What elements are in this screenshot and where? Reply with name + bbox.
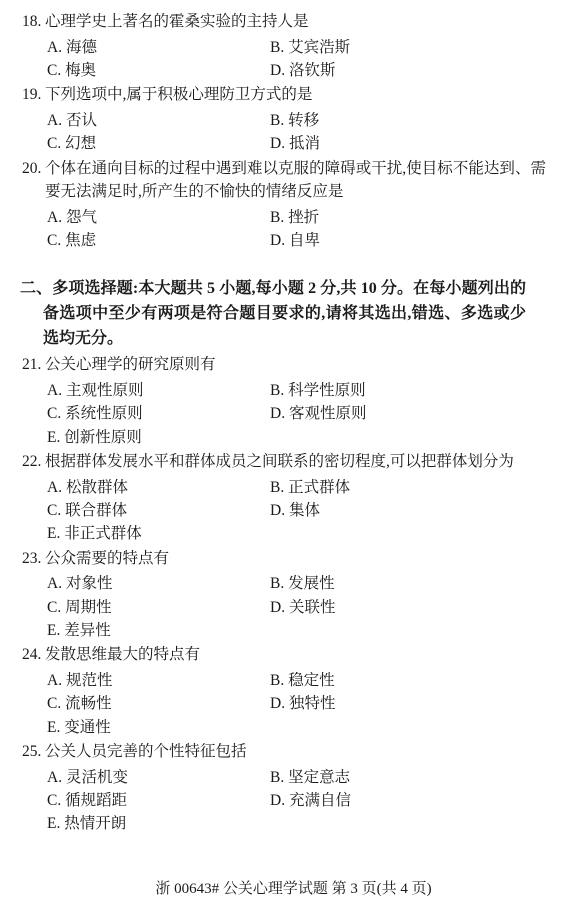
question-number: 18. bbox=[22, 10, 41, 34]
question-text: 公关心理学的研究原则有 bbox=[45, 356, 216, 373]
question-stem: 18. 心理学史上著名的霍桑实验的主持人是 bbox=[45, 10, 546, 34]
option-a: A. 规范性 bbox=[47, 669, 270, 692]
question-number: 22. bbox=[22, 450, 41, 474]
question-text: 公关人员完善的个性特征包括 bbox=[45, 743, 247, 760]
option-a: A. 主观性原则 bbox=[47, 379, 270, 402]
page-content: 18. 心理学史上著名的霍桑实验的主持人是 A. 海德 B. 艾宾浩斯 C. 梅… bbox=[0, 10, 546, 837]
question-number: 25. bbox=[22, 740, 41, 764]
option-b: B. 转移 bbox=[270, 109, 546, 132]
option-d: D. 独特性 bbox=[270, 692, 546, 715]
question-stem: 19. 下列选项中,属于积极心理防卫方式的是 bbox=[45, 83, 546, 107]
option-c: C. 系统性原则 bbox=[47, 402, 270, 425]
question-text: 发散思维最大的特点有 bbox=[45, 646, 200, 663]
option-row: C. 幻想 D. 抵消 bbox=[47, 132, 546, 155]
question-19: 19. 下列选项中,属于积极心理防卫方式的是 A. 否认 B. 转移 C. 幻想… bbox=[0, 83, 546, 155]
question-18: 18. 心理学史上著名的霍桑实验的主持人是 A. 海德 B. 艾宾浩斯 C. 梅… bbox=[0, 10, 546, 82]
option-row: C. 周期性 D. 关联性 bbox=[47, 596, 546, 619]
option-a: A. 海德 bbox=[47, 36, 270, 59]
option-c: C. 流畅性 bbox=[47, 692, 270, 715]
option-row: E. 差异性 bbox=[47, 619, 546, 642]
option-b: B. 稳定性 bbox=[270, 669, 546, 692]
option-c: C. 幻想 bbox=[47, 132, 270, 155]
question-number: 21. bbox=[22, 353, 41, 377]
option-row: C. 梅奥 D. 洛钦斯 bbox=[47, 59, 546, 82]
question-number: 24. bbox=[22, 643, 41, 667]
option-row: C. 流畅性 D. 独特性 bbox=[47, 692, 546, 715]
question-stem: 25. 公关人员完善的个性特征包括 bbox=[45, 740, 546, 764]
question-number: 20. bbox=[22, 157, 41, 181]
option-a: A. 否认 bbox=[47, 109, 270, 132]
option-d: D. 抵消 bbox=[270, 132, 546, 155]
exam-paper-page: 18. 心理学史上著名的霍桑实验的主持人是 A. 海德 B. 艾宾浩斯 C. 梅… bbox=[0, 0, 587, 907]
question-text: 个体在通向目标的过程中遇到难以克服的障碍或干扰,使目标不能达到、需要无法满足时,… bbox=[45, 160, 546, 201]
question-text: 下列选项中,属于积极心理防卫方式的是 bbox=[45, 86, 312, 103]
option-d: D. 充满自信 bbox=[270, 789, 546, 812]
question-number: 19. bbox=[22, 83, 41, 107]
option-b: B. 正式群体 bbox=[270, 476, 546, 499]
question-21: 21. 公关心理学的研究原则有 A. 主观性原则 B. 科学性原则 C. 系统性… bbox=[0, 353, 546, 449]
option-d: D. 自卑 bbox=[270, 229, 546, 252]
question-24: 24. 发散思维最大的特点有 A. 规范性 B. 稳定性 C. 流畅性 D. 独… bbox=[0, 643, 546, 739]
option-row: A. 松散群体 B. 正式群体 bbox=[47, 476, 546, 499]
options-list: A. 对象性 B. 发展性 C. 周期性 D. 关联性 E. 差异性 bbox=[47, 572, 546, 642]
options-list: A. 灵活机变 B. 坚定意志 C. 循规蹈距 D. 充满自信 E. 热情开朗 bbox=[47, 766, 546, 836]
option-row: E. 变通性 bbox=[47, 716, 546, 739]
question-stem: 21. 公关心理学的研究原则有 bbox=[45, 353, 546, 377]
options-list: A. 松散群体 B. 正式群体 C. 联合群体 D. 集体 E. 非正式群体 bbox=[47, 476, 546, 546]
option-a: A. 灵活机变 bbox=[47, 766, 270, 789]
option-d: D. 客观性原则 bbox=[270, 402, 546, 425]
question-text: 公众需要的特点有 bbox=[45, 550, 169, 567]
option-a: A. 怨气 bbox=[47, 206, 270, 229]
option-row: A. 规范性 B. 稳定性 bbox=[47, 669, 546, 692]
option-b: B. 坚定意志 bbox=[270, 766, 546, 789]
option-b: B. 挫折 bbox=[270, 206, 546, 229]
option-c: C. 周期性 bbox=[47, 596, 270, 619]
option-d: D. 关联性 bbox=[270, 596, 546, 619]
option-c: C. 焦虑 bbox=[47, 229, 270, 252]
option-row: E. 创新性原则 bbox=[47, 426, 546, 449]
option-row: A. 主观性原则 B. 科学性原则 bbox=[47, 379, 546, 402]
options-list: A. 怨气 B. 挫折 C. 焦虑 D. 自卑 bbox=[47, 206, 546, 253]
option-a: A. 对象性 bbox=[47, 572, 270, 595]
option-row: E. 热情开朗 bbox=[47, 812, 546, 835]
option-row: A. 对象性 B. 发展性 bbox=[47, 572, 546, 595]
option-c: C. 联合群体 bbox=[47, 499, 270, 522]
option-e: E. 差异性 bbox=[47, 619, 270, 642]
option-c: C. 循规蹈距 bbox=[47, 789, 270, 812]
option-b: B. 科学性原则 bbox=[270, 379, 546, 402]
options-list: A. 否认 B. 转移 C. 幻想 D. 抵消 bbox=[47, 109, 546, 156]
multiple-choice-section-heading: 二、多项选择题:本大题共 5 小题,每小题 2 分,共 10 分。在每小题列出的… bbox=[0, 276, 526, 351]
option-d: D. 集体 bbox=[270, 499, 546, 522]
question-stem: 22. 根据群体发展水平和群体成员之间联系的密切程度,可以把群体划分为 bbox=[45, 450, 546, 474]
question-stem: 23. 公众需要的特点有 bbox=[45, 547, 546, 571]
page-footer: 浙 00643# 公关心理学试题 第 3 页(共 4 页) bbox=[0, 877, 587, 898]
question-stem: 24. 发散思维最大的特点有 bbox=[45, 643, 546, 667]
question-number: 23. bbox=[22, 547, 41, 571]
option-a: A. 松散群体 bbox=[47, 476, 270, 499]
option-c: C. 梅奥 bbox=[47, 59, 270, 82]
option-row: A. 否认 B. 转移 bbox=[47, 109, 546, 132]
option-row: C. 系统性原则 D. 客观性原则 bbox=[47, 402, 546, 425]
option-e: E. 创新性原则 bbox=[47, 426, 270, 449]
option-row: A. 怨气 B. 挫折 bbox=[47, 206, 546, 229]
option-b: B. 发展性 bbox=[270, 572, 546, 595]
option-e: E. 变通性 bbox=[47, 716, 270, 739]
question-text: 心理学史上著名的霍桑实验的主持人是 bbox=[45, 13, 309, 30]
option-row: C. 联合群体 D. 集体 bbox=[47, 499, 546, 522]
options-list: A. 海德 B. 艾宾浩斯 C. 梅奥 D. 洛钦斯 bbox=[47, 36, 546, 83]
option-d: D. 洛钦斯 bbox=[270, 59, 546, 82]
option-row: C. 循规蹈距 D. 充满自信 bbox=[47, 789, 546, 812]
option-e: E. 非正式群体 bbox=[47, 522, 270, 545]
question-22: 22. 根据群体发展水平和群体成员之间联系的密切程度,可以把群体划分为 A. 松… bbox=[0, 450, 546, 546]
option-row: A. 灵活机变 B. 坚定意志 bbox=[47, 766, 546, 789]
option-b: B. 艾宾浩斯 bbox=[270, 36, 546, 59]
option-e: E. 热情开朗 bbox=[47, 812, 270, 835]
option-row: C. 焦虑 D. 自卑 bbox=[47, 229, 546, 252]
question-25: 25. 公关人员完善的个性特征包括 A. 灵活机变 B. 坚定意志 C. 循规蹈… bbox=[0, 740, 546, 836]
option-row: E. 非正式群体 bbox=[47, 522, 546, 545]
question-23: 23. 公众需要的特点有 A. 对象性 B. 发展性 C. 周期性 D. 关联性… bbox=[0, 547, 546, 643]
options-list: A. 主观性原则 B. 科学性原则 C. 系统性原则 D. 客观性原则 E. 创… bbox=[47, 379, 546, 449]
question-text: 根据群体发展水平和群体成员之间联系的密切程度,可以把群体划分为 bbox=[45, 453, 514, 470]
option-row: A. 海德 B. 艾宾浩斯 bbox=[47, 36, 546, 59]
question-20: 20. 个体在通向目标的过程中遇到难以克服的障碍或干扰,使目标不能达到、需要无法… bbox=[0, 157, 546, 253]
question-stem: 20. 个体在通向目标的过程中遇到难以克服的障碍或干扰,使目标不能达到、需要无法… bbox=[45, 157, 546, 204]
options-list: A. 规范性 B. 稳定性 C. 流畅性 D. 独特性 E. 变通性 bbox=[47, 669, 546, 739]
